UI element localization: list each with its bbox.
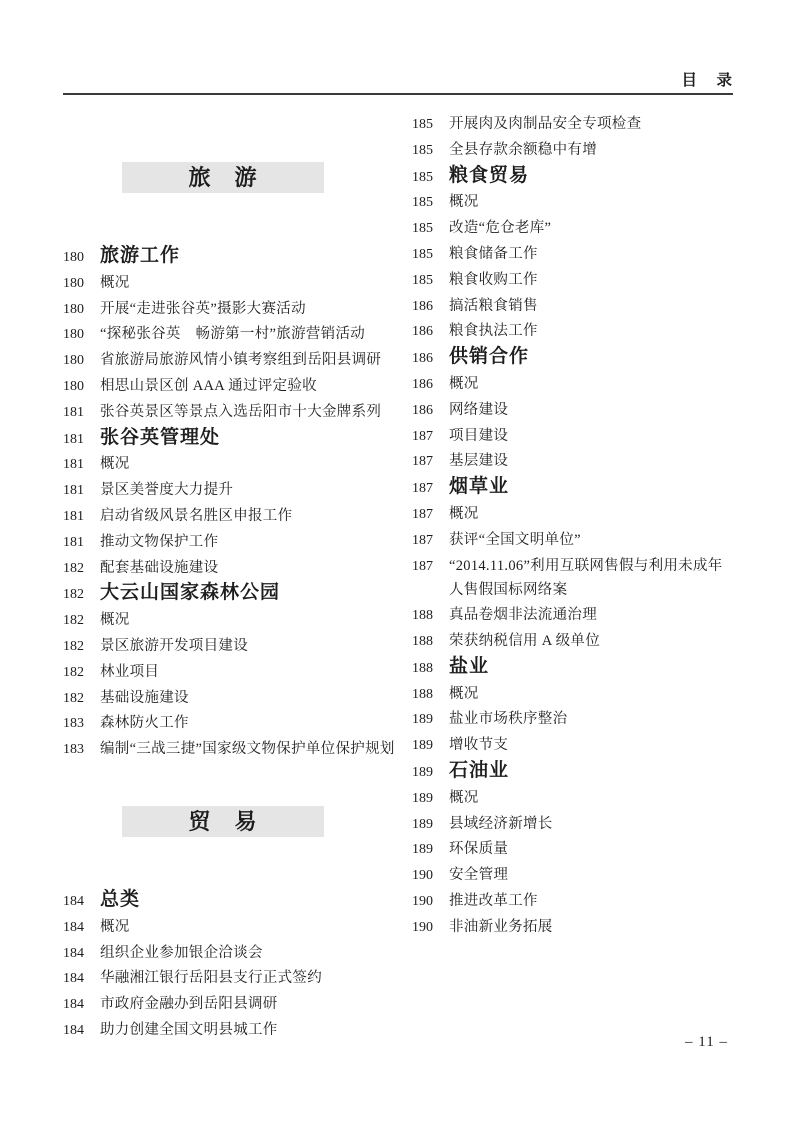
toc-title: 粮食贸易 xyxy=(449,164,529,189)
toc-title: 获评“全国文明单位” xyxy=(449,528,581,553)
toc-page-number: 182 xyxy=(63,635,100,660)
toc-entry-row: 182林业项目 xyxy=(63,660,408,686)
toc-page-number: 185 xyxy=(412,166,449,191)
toc-page-number: 186 xyxy=(412,295,449,320)
toc-page-number: 181 xyxy=(63,479,100,504)
toc-page-number: 190 xyxy=(412,864,449,889)
toc-page-number: 182 xyxy=(63,687,100,712)
toc-title: 市政府金融办到岳阳县调研 xyxy=(100,992,278,1017)
toc-entry-row: 182景区旅游开发项目建设 xyxy=(63,634,408,660)
toc-entry-row: 180开展“走进张谷英”摄影大赛活动 xyxy=(63,297,408,323)
section-heading: 旅 游 xyxy=(122,162,324,193)
toc-title: 相思山景区创 AAA 通过评定验收 xyxy=(100,374,317,399)
toc-entry-row: 187“2014.11.06”利用互联网售假与利用未成年人售假国标网络案 xyxy=(412,554,757,604)
toc-title: 启动省级风景名胜区申报工作 xyxy=(100,504,292,529)
toc-entry-row: 187项目建设 xyxy=(412,424,757,450)
toc-entry-row: 181张谷英景区等景点入选岳阳市十大金牌系列 xyxy=(63,400,408,426)
toc-entry-row: 187获评“全国文明单位” xyxy=(412,528,757,554)
toc-page-number: 187 xyxy=(412,555,449,580)
toc-page-number: 182 xyxy=(63,557,100,582)
toc-page-number: 189 xyxy=(412,761,449,786)
toc-entry-row: 181概况 xyxy=(63,452,408,478)
toc-page-number: 187 xyxy=(412,450,449,475)
toc-entry-row: 186概况 xyxy=(412,372,757,398)
toc-page-number: 183 xyxy=(63,738,100,763)
toc-page-number: 180 xyxy=(63,375,100,400)
toc-page-number: 190 xyxy=(412,890,449,915)
toc-entry-row: 184华融湘江银行岳阳县支行正式签约 xyxy=(63,966,408,992)
toc-title: 粮食执法工作 xyxy=(449,319,538,344)
toc-entry-row: 190推进改革工作 xyxy=(412,889,757,915)
toc-entry-row: 184助力创建全国文明县城工作 xyxy=(63,1018,408,1044)
toc-entry-row: 183编制“三战三捷”国家级文物保护单位保护规划 xyxy=(63,737,408,763)
toc-entry-row: 186粮食执法工作 xyxy=(412,319,757,345)
toc-page-number: 182 xyxy=(63,583,100,608)
toc-entry-row: 181推动文物保护工作 xyxy=(63,530,408,556)
toc-title: 林业项目 xyxy=(100,660,159,685)
toc-title: 全县存款余额稳中有增 xyxy=(449,138,597,163)
toc-entry-row: 180概况 xyxy=(63,271,408,297)
toc-chapter-row: 185粮食贸易 xyxy=(412,164,757,191)
toc-page-number: 185 xyxy=(412,139,449,164)
toc-page-number: 181 xyxy=(63,428,100,453)
toc-title: 省旅游局旅游风情小镇考察组到岳阳县调研 xyxy=(100,348,381,373)
toc-chapter-row: 189石油业 xyxy=(412,759,757,786)
toc-title: 烟草业 xyxy=(449,475,509,500)
toc-title: 开展“走进张谷英”摄影大赛活动 xyxy=(100,297,306,322)
toc-title: 增收节支 xyxy=(449,733,508,758)
toc-entry-row: 184概况 xyxy=(63,915,408,941)
toc-title: 项目建设 xyxy=(449,424,508,449)
toc-page-number: 180 xyxy=(63,272,100,297)
toc-page-number: 180 xyxy=(63,298,100,323)
toc-page-number: 189 xyxy=(412,838,449,863)
toc-title: 概况 xyxy=(100,271,130,296)
toc-page-number: 185 xyxy=(412,113,449,138)
section-heading-label: 旅 游 xyxy=(188,165,257,190)
toc-title: 非油新业务拓展 xyxy=(449,915,553,940)
toc-entry-row: 180省旅游局旅游风情小镇考察组到岳阳县调研 xyxy=(63,348,408,374)
toc-title: 张谷英管理处 xyxy=(100,426,220,451)
toc-title: 概况 xyxy=(449,190,479,215)
toc-title: 石油业 xyxy=(449,759,509,784)
toc-chapter-row: 181张谷英管理处 xyxy=(63,426,408,453)
toc-chapter-row: 188盐业 xyxy=(412,655,757,682)
toc-page-number: 189 xyxy=(412,708,449,733)
toc-page-number: 182 xyxy=(63,609,100,634)
toc-entry-row: 180“探秘张谷英 畅游第一村”旅游营销活动 xyxy=(63,322,408,348)
toc-title: 大云山国家森林公园 xyxy=(100,581,280,606)
toc-page-number: 186 xyxy=(412,399,449,424)
toc-title: 盐业市场秩序整治 xyxy=(449,707,567,732)
toc-page-number: 180 xyxy=(63,323,100,348)
toc-entry-row: 190非油新业务拓展 xyxy=(412,915,757,941)
toc-title: 基础设施建设 xyxy=(100,686,189,711)
toc-entry-row: 183森林防火工作 xyxy=(63,711,408,737)
toc-title-line: “2014.11.06”利用互联网售假与利用未成年 xyxy=(449,554,723,579)
toc-page-number: 186 xyxy=(412,347,449,372)
toc-page-number: 187 xyxy=(412,477,449,502)
toc-page-number: 185 xyxy=(412,269,449,294)
toc-chapter-row: 180旅游工作 xyxy=(63,244,408,271)
toc-entry-row: 185粮食收购工作 xyxy=(412,268,757,294)
toc-page-number: 181 xyxy=(63,505,100,530)
toc-entry-row: 186网络建设 xyxy=(412,398,757,424)
toc-title: 粮食收购工作 xyxy=(449,268,538,293)
toc-entry-row: 187概况 xyxy=(412,502,757,528)
toc-page: 目 录 旅 游180旅游工作180概况180开展“走进张谷英”摄影大赛活动180… xyxy=(0,0,793,1122)
toc-title: 基层建设 xyxy=(449,449,508,474)
toc-page-number: 186 xyxy=(412,320,449,345)
toc-entry-row: 184市政府金融办到岳阳县调研 xyxy=(63,992,408,1018)
toc-title: 粮食储备工作 xyxy=(449,242,538,267)
toc-title: 概况 xyxy=(100,608,130,633)
section-heading: 贸 易 xyxy=(122,806,324,837)
toc-title: 华融湘江银行岳阳县支行正式签约 xyxy=(100,966,322,991)
toc-entry-row: 189概况 xyxy=(412,786,757,812)
toc-page-number: 189 xyxy=(412,813,449,838)
toc-entry-row: 182概况 xyxy=(63,608,408,634)
toc-title: 景区美誉度大力提升 xyxy=(100,478,233,503)
toc-title: 环保质量 xyxy=(449,837,508,862)
toc-page-number: 181 xyxy=(63,453,100,478)
toc-chapter-row: 184总类 xyxy=(63,888,408,915)
toc-page-number: 188 xyxy=(412,630,449,655)
toc-page-number: 187 xyxy=(412,529,449,554)
toc-title: 荣获纳税信用 A 级单位 xyxy=(449,629,600,654)
toc-page-number: 185 xyxy=(412,217,449,242)
toc-page-number: 184 xyxy=(63,993,100,1018)
toc-title: 编制“三战三捷”国家级文物保护单位保护规划 xyxy=(100,737,395,762)
toc-title: 概况 xyxy=(449,786,479,811)
toc-entry-row: 185全县存款余额稳中有增 xyxy=(412,138,757,164)
section-heading-label: 贸 易 xyxy=(188,809,257,834)
toc-entry-row: 182基础设施建设 xyxy=(63,686,408,712)
toc-title: 张谷英景区等景点入选岳阳市十大金牌系列 xyxy=(100,400,381,425)
toc-title: 网络建设 xyxy=(449,398,508,423)
toc-entry-row: 185粮食储备工作 xyxy=(412,242,757,268)
toc-title: 真品卷烟非法流通治理 xyxy=(449,603,597,628)
toc-entry-row: 189增收节支 xyxy=(412,733,757,759)
toc-title: “2014.11.06”利用互联网售假与利用未成年人售假国标网络案 xyxy=(449,554,723,604)
toc-page-number: 188 xyxy=(412,683,449,708)
toc-entry-row: 187基层建设 xyxy=(412,449,757,475)
toc-title: 供销合作 xyxy=(449,345,529,370)
toc-entry-row: 185概况 xyxy=(412,190,757,216)
toc-page-number: 184 xyxy=(63,890,100,915)
toc-page-number: 184 xyxy=(63,967,100,992)
toc-title: “探秘张谷英 畅游第一村”旅游营销活动 xyxy=(100,322,365,347)
toc-title: 安全管理 xyxy=(449,863,508,888)
toc-entry-row: 186搞活粮食销售 xyxy=(412,294,757,320)
header-rule xyxy=(63,93,733,95)
toc-entry-row: 190安全管理 xyxy=(412,863,757,889)
toc-entry-row: 182配套基础设施建设 xyxy=(63,556,408,582)
toc-title: 开展肉及肉制品安全专项检查 xyxy=(449,112,641,137)
toc-entry-row: 188概况 xyxy=(412,682,757,708)
toc-page-number: 184 xyxy=(63,1019,100,1044)
toc-entry-row: 189县域经济新增长 xyxy=(412,812,757,838)
toc-page-number: 180 xyxy=(63,349,100,374)
toc-page-number: 189 xyxy=(412,787,449,812)
toc-title: 助力创建全国文明县城工作 xyxy=(100,1018,278,1043)
toc-title: 盐业 xyxy=(449,655,489,680)
toc-title: 改造“危仓老库” xyxy=(449,216,551,241)
toc-entry-row: 185开展肉及肉制品安全专项检查 xyxy=(412,112,757,138)
toc-page-number: 181 xyxy=(63,531,100,556)
toc-title: 概况 xyxy=(100,452,130,477)
toc-title: 概况 xyxy=(449,682,479,707)
toc-column-right: 185开展肉及肉制品安全专项检查185全县存款余额稳中有增185粮食贸易185概… xyxy=(412,112,757,941)
toc-title: 总类 xyxy=(100,888,140,913)
toc-entry-row: 189环保质量 xyxy=(412,837,757,863)
toc-title: 概况 xyxy=(100,915,130,940)
toc-page-number: 184 xyxy=(63,916,100,941)
toc-page-number: 185 xyxy=(412,191,449,216)
toc-title: 县域经济新增长 xyxy=(449,812,553,837)
toc-entry-row: 181景区美誉度大力提升 xyxy=(63,478,408,504)
toc-entry-row: 185改造“危仓老库” xyxy=(412,216,757,242)
toc-page-number: 188 xyxy=(412,604,449,629)
toc-title: 配套基础设施建设 xyxy=(100,556,218,581)
toc-entry-row: 189盐业市场秩序整治 xyxy=(412,707,757,733)
toc-title-line: 人售假国标网络案 xyxy=(449,578,723,603)
toc-page-number: 187 xyxy=(412,425,449,450)
toc-title: 推进改革工作 xyxy=(449,889,538,914)
toc-entry-row: 188真品卷烟非法流通治理 xyxy=(412,603,757,629)
toc-page-number: 188 xyxy=(412,657,449,682)
toc-title: 推动文物保护工作 xyxy=(100,530,218,555)
toc-title: 组织企业参加银企洽谈会 xyxy=(100,941,263,966)
toc-entry-row: 188荣获纳税信用 A 级单位 xyxy=(412,629,757,655)
toc-entry-row: 181启动省级风景名胜区申报工作 xyxy=(63,504,408,530)
toc-title: 景区旅游开发项目建设 xyxy=(100,634,248,659)
toc-title: 概况 xyxy=(449,372,479,397)
toc-entry-row: 184组织企业参加银企洽谈会 xyxy=(63,941,408,967)
toc-page-number: 189 xyxy=(412,734,449,759)
toc-page-number: 186 xyxy=(412,373,449,398)
toc-chapter-row: 182大云山国家森林公园 xyxy=(63,581,408,608)
toc-page-number: 187 xyxy=(412,503,449,528)
toc-page-number: 184 xyxy=(63,942,100,967)
toc-entry-row: 180相思山景区创 AAA 通过评定验收 xyxy=(63,374,408,400)
toc-page-number: 181 xyxy=(63,401,100,426)
toc-column-left: 旅 游180旅游工作180概况180开展“走进张谷英”摄影大赛活动180“探秘张… xyxy=(63,162,408,1044)
toc-chapter-row: 186供销合作 xyxy=(412,345,757,372)
toc-title: 森林防火工作 xyxy=(100,711,189,736)
toc-chapter-row: 187烟草业 xyxy=(412,475,757,502)
toc-page-number: 183 xyxy=(63,712,100,737)
toc-page-number: 185 xyxy=(412,243,449,268)
toc-title: 旅游工作 xyxy=(100,244,180,269)
toc-page-number: 182 xyxy=(63,661,100,686)
page-header-title: 目 录 xyxy=(681,68,734,90)
footer-page-number: – 11 – xyxy=(685,1034,728,1051)
toc-page-number: 180 xyxy=(63,246,100,271)
toc-title: 概况 xyxy=(449,502,479,527)
toc-title: 搞活粮食销售 xyxy=(449,294,538,319)
toc-page-number: 190 xyxy=(412,916,449,941)
